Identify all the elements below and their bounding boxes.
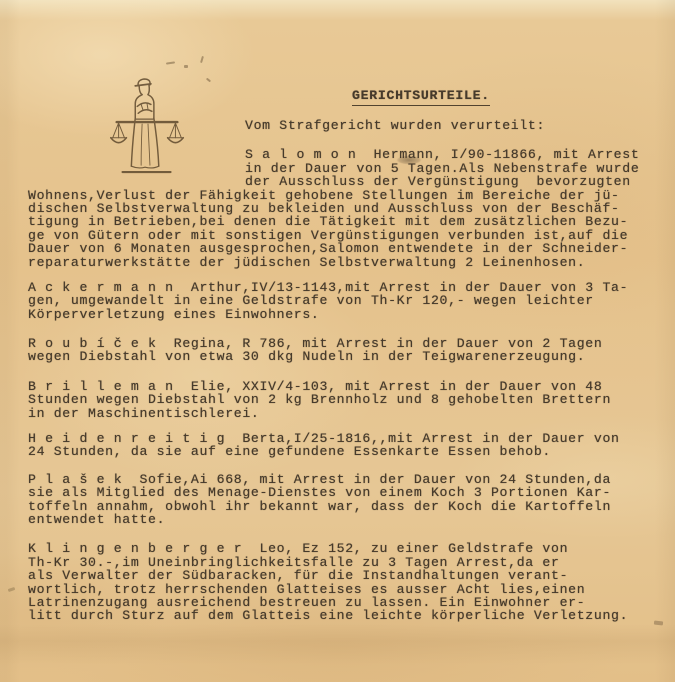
case-paragraph-plasek: P l a š e k Sofie,Ai 668, mit Arrest in … [28, 473, 675, 527]
pencil-mark [184, 65, 188, 68]
text-line: wegen Diebstahl von etwa 30 dkg Nudeln i… [28, 350, 675, 363]
case-paragraph-heidenreitig: H e i d e n r e i t i g Berta,I/25-1816,… [28, 432, 675, 459]
text-line: in der Maschinentischlerei. [28, 407, 675, 420]
text-line: entwendet hatte. [28, 513, 675, 526]
text-line: gen, umgewandelt in eine Geldstrafe von … [28, 294, 675, 307]
text-line: H e i d e n r e i t i g Berta,I/25-1816,… [28, 432, 675, 445]
text-line: P l a š e k Sofie,Ai 668, mit Arrest in … [28, 473, 675, 486]
pencil-mark [8, 587, 16, 592]
text-line: 24 Stunden, da sie auf eine gefundene Es… [28, 445, 675, 458]
text-line: R o u b í č e k Regina, R 786, mit Arres… [28, 337, 675, 350]
case-paragraph-klingenberger: K l i n g e n b e r g e r Leo, Ez 152, z… [28, 542, 675, 622]
text-line: sie als Mitglied des Menage-Dienstes von… [28, 486, 675, 499]
document-title: GERICHTSURTEILE. [352, 89, 490, 106]
text-line: ge von Gütern oder mit sonstigen Vergüns… [28, 229, 675, 242]
pencil-mark [200, 56, 204, 63]
text-line: wortlich, trotz herrschenden Glatteises … [28, 583, 675, 596]
text-line: Wohnens,Verlust der Fähigkeit gehobene S… [28, 189, 675, 202]
text-line: Körperverletzung eines Einwohners. [28, 308, 675, 321]
text-line: Stunden wegen Diebstahl von 2 kg Brennho… [28, 393, 675, 406]
document-page: GERICHTSURTEILE. Vom Strafgericht wurden… [0, 0, 675, 682]
text-line: B r i l l e m a n Elie, XXIV/4-103, mit … [28, 380, 675, 393]
case-paragraph-brilleman: B r i l l e m a n Elie, XXIV/4-103, mit … [28, 380, 675, 420]
text-line: toffeln annahm, obwohl ihr bekannt war, … [28, 500, 675, 513]
text-line: litt durch Sturz auf dem Glatteis eine l… [28, 609, 675, 622]
text-line: Dauer von 6 Monaten ausgesprochen,Salomo… [28, 242, 675, 255]
text-line: reparaturwerkstätte der jüdischen Selbst… [28, 256, 675, 269]
text-line: Th-Kr 30.-,im Uneinbringlichkeitsfalle z… [28, 556, 675, 569]
case-paragraph-ackermann: A c k e r m a n n Arthur,IV/13-1143,mit … [28, 281, 675, 321]
text-line: A c k e r m a n n Arthur,IV/13-1143,mit … [28, 281, 675, 294]
scales-of-justice-icon [106, 77, 190, 175]
text-line: Latrinenzugang ausreichend bestreuen zu … [28, 596, 675, 609]
case-paragraph-roubicek: R o u b í č e k Regina, R 786, mit Arres… [28, 337, 675, 364]
pencil-mark [206, 78, 211, 83]
pencil-mark [166, 61, 175, 64]
text-line: K l i n g e n b e r g e r Leo, Ez 152, z… [28, 542, 675, 555]
text-line: tigung in Betrieben,bei denen die Tätigk… [28, 215, 675, 228]
text-line: als Verwalter der Südbaracken, für die I… [28, 569, 675, 582]
text-line: dischen Selbstverwaltung zu bekleiden un… [28, 202, 675, 215]
text-line: der Ausschluss der Vergünstigung bevorzu… [28, 175, 675, 188]
